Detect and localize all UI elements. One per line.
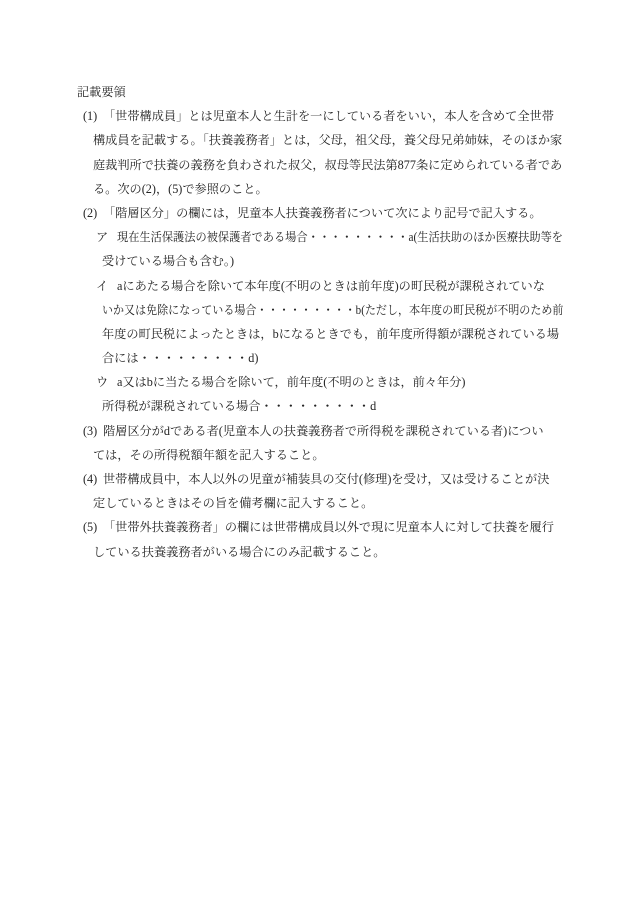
text-line: 構成員を記載する。「扶養義務者」とは，父母，祖父母，養父母兄弟姉妹，そのほか家: [93, 128, 630, 152]
item-5-continuation-line: している扶養義務者がいる場合にのみ記載すること。: [0, 540, 630, 564]
sub-item-i-continuation-line: 年度の町民税によったときは，bになるときでも，前年度所得額が課税されている場: [0, 322, 630, 346]
text-line: 世帯構成員中，本人以外の児童が補装具の交付(修理)を受け，又は受けることが決: [103, 467, 630, 491]
document-title: 記載要領: [77, 80, 630, 104]
item-5-marker: (5): [83, 515, 97, 539]
text-line: 受けている場合も含む。): [102, 249, 630, 273]
entry-guidelines-document: 記載要領 (1) 「世帯構成員」とは児童本人と生計を一にしている者をいい，本人を…: [0, 80, 630, 564]
sub-item-u-line: ウ a又はbに当たる場合を除いて，前年度(不明のときは，前々年分): [0, 370, 630, 394]
item-4-line: (4) 世帯構成員中，本人以外の児童が補装具の交付(修理)を受け，又は受けること…: [0, 467, 630, 491]
item-4-marker: (4): [83, 467, 97, 491]
text-line: している扶養義務者がいる場合にのみ記載すること。: [93, 540, 630, 564]
item-4-continuation-line: 定しているときはその旨を備考欄に記入すること。: [0, 491, 630, 515]
sub-item-a-marker: ア: [96, 225, 108, 249]
text-line: 所得税が課税されている場合・・・・・・・・・d: [102, 394, 630, 418]
sub-item-i-continuation-line: 合には・・・・・・・・・d): [0, 346, 630, 370]
text-line: る。次の(2)，(5)で参照のこと。: [93, 177, 630, 201]
sub-item-u-continuation-line: 所得税が課税されている場合・・・・・・・・・d: [0, 394, 630, 418]
text-line: aにあたる場合を除いて本年度(不明のときは前年度)の町民税が課税されていな: [117, 274, 630, 298]
text-line: 定しているときはその旨を備考欄に記入すること。: [93, 491, 630, 515]
item-1-continuation-line: 庭裁判所で扶養の義務を負わされた叔父，叔母等民法第877条に定められている者であ: [0, 153, 630, 177]
text-line: 年度の町民税によったときは，bになるときでも，前年度所得額が課税されている場: [102, 322, 630, 346]
item-1-line: (1) 「世帯構成員」とは児童本人と生計を一にしている者をいい，本人を含めて全世…: [0, 104, 630, 128]
item-2-line: (2) 「階層区分」の欄には，児童本人扶養義務者について次により記号で記入する。: [0, 201, 630, 225]
sub-item-i-line: イ aにあたる場合を除いて本年度(不明のときは前年度)の町民税が課税されていな: [0, 274, 630, 298]
title-line: 記載要領: [0, 80, 630, 104]
item-1-continuation-line: る。次の(2)，(5)で参照のこと。: [0, 177, 630, 201]
text-line: 庭裁判所で扶養の義務を負わされた叔父，叔母等民法第877条に定められている者であ: [93, 153, 630, 177]
item-3-continuation-line: ては，その所得税額年額を記入すること。: [0, 443, 630, 467]
text-line: 「階層区分」の欄には，児童本人扶養義務者について次により記号で記入する。: [103, 201, 630, 225]
text-line: 合には・・・・・・・・・d): [102, 346, 630, 370]
sub-item-a-continuation-line: 受けている場合も含む。): [0, 249, 630, 273]
sub-item-i-marker: イ: [96, 274, 108, 298]
sub-item-u-marker: ウ: [96, 370, 108, 394]
sub-item-a-line: ア 現在生活保護法の被保護者である場合・・・・・・・・・a(生活扶助のほか医療扶…: [0, 225, 630, 249]
text-line: いか又は免除になっている場合・・・・・・・・・b(ただし，本年度の町民税が不明の…: [102, 298, 580, 322]
text-line: ては，その所得税額年額を記入すること。: [93, 443, 630, 467]
item-1-continuation-line: 構成員を記載する。「扶養義務者」とは，父母，祖父母，養父母兄弟姉妹，そのほか家: [0, 128, 630, 152]
item-3-marker: (3): [83, 419, 97, 443]
sub-item-i-continuation-line: いか又は免除になっている場合・・・・・・・・・b(ただし，本年度の町民税が不明の…: [0, 298, 630, 322]
text-line: 階層区分がdである者(児童本人の扶養義務者で所得税を課税されている者)につい: [103, 419, 630, 443]
text-line: 現在生活保護法の被保護者である場合・・・・・・・・・a(生活扶助のほか医療扶助等…: [117, 225, 589, 249]
item-5-line: (5) 「世帯外扶養義務者」の欄には世帯構成員以外で現に児童本人に対して扶養を履…: [0, 515, 630, 539]
text-line: 「世帯構成員」とは児童本人と生計を一にしている者をいい，本人を含めて全世帯: [103, 104, 630, 128]
item-1-marker: (1): [83, 104, 97, 128]
text-line: 「世帯外扶養義務者」の欄には世帯構成員以外で現に児童本人に対して扶養を履行: [103, 515, 630, 539]
text-line: a又はbに当たる場合を除いて，前年度(不明のときは，前々年分): [117, 370, 630, 394]
item-2-marker: (2): [83, 201, 97, 225]
document-page: 記載要領 (1) 「世帯構成員」とは児童本人と生計を一にしている者をいい，本人を…: [0, 0, 630, 916]
item-3-line: (3) 階層区分がdである者(児童本人の扶養義務者で所得税を課税されている者)に…: [0, 419, 630, 443]
